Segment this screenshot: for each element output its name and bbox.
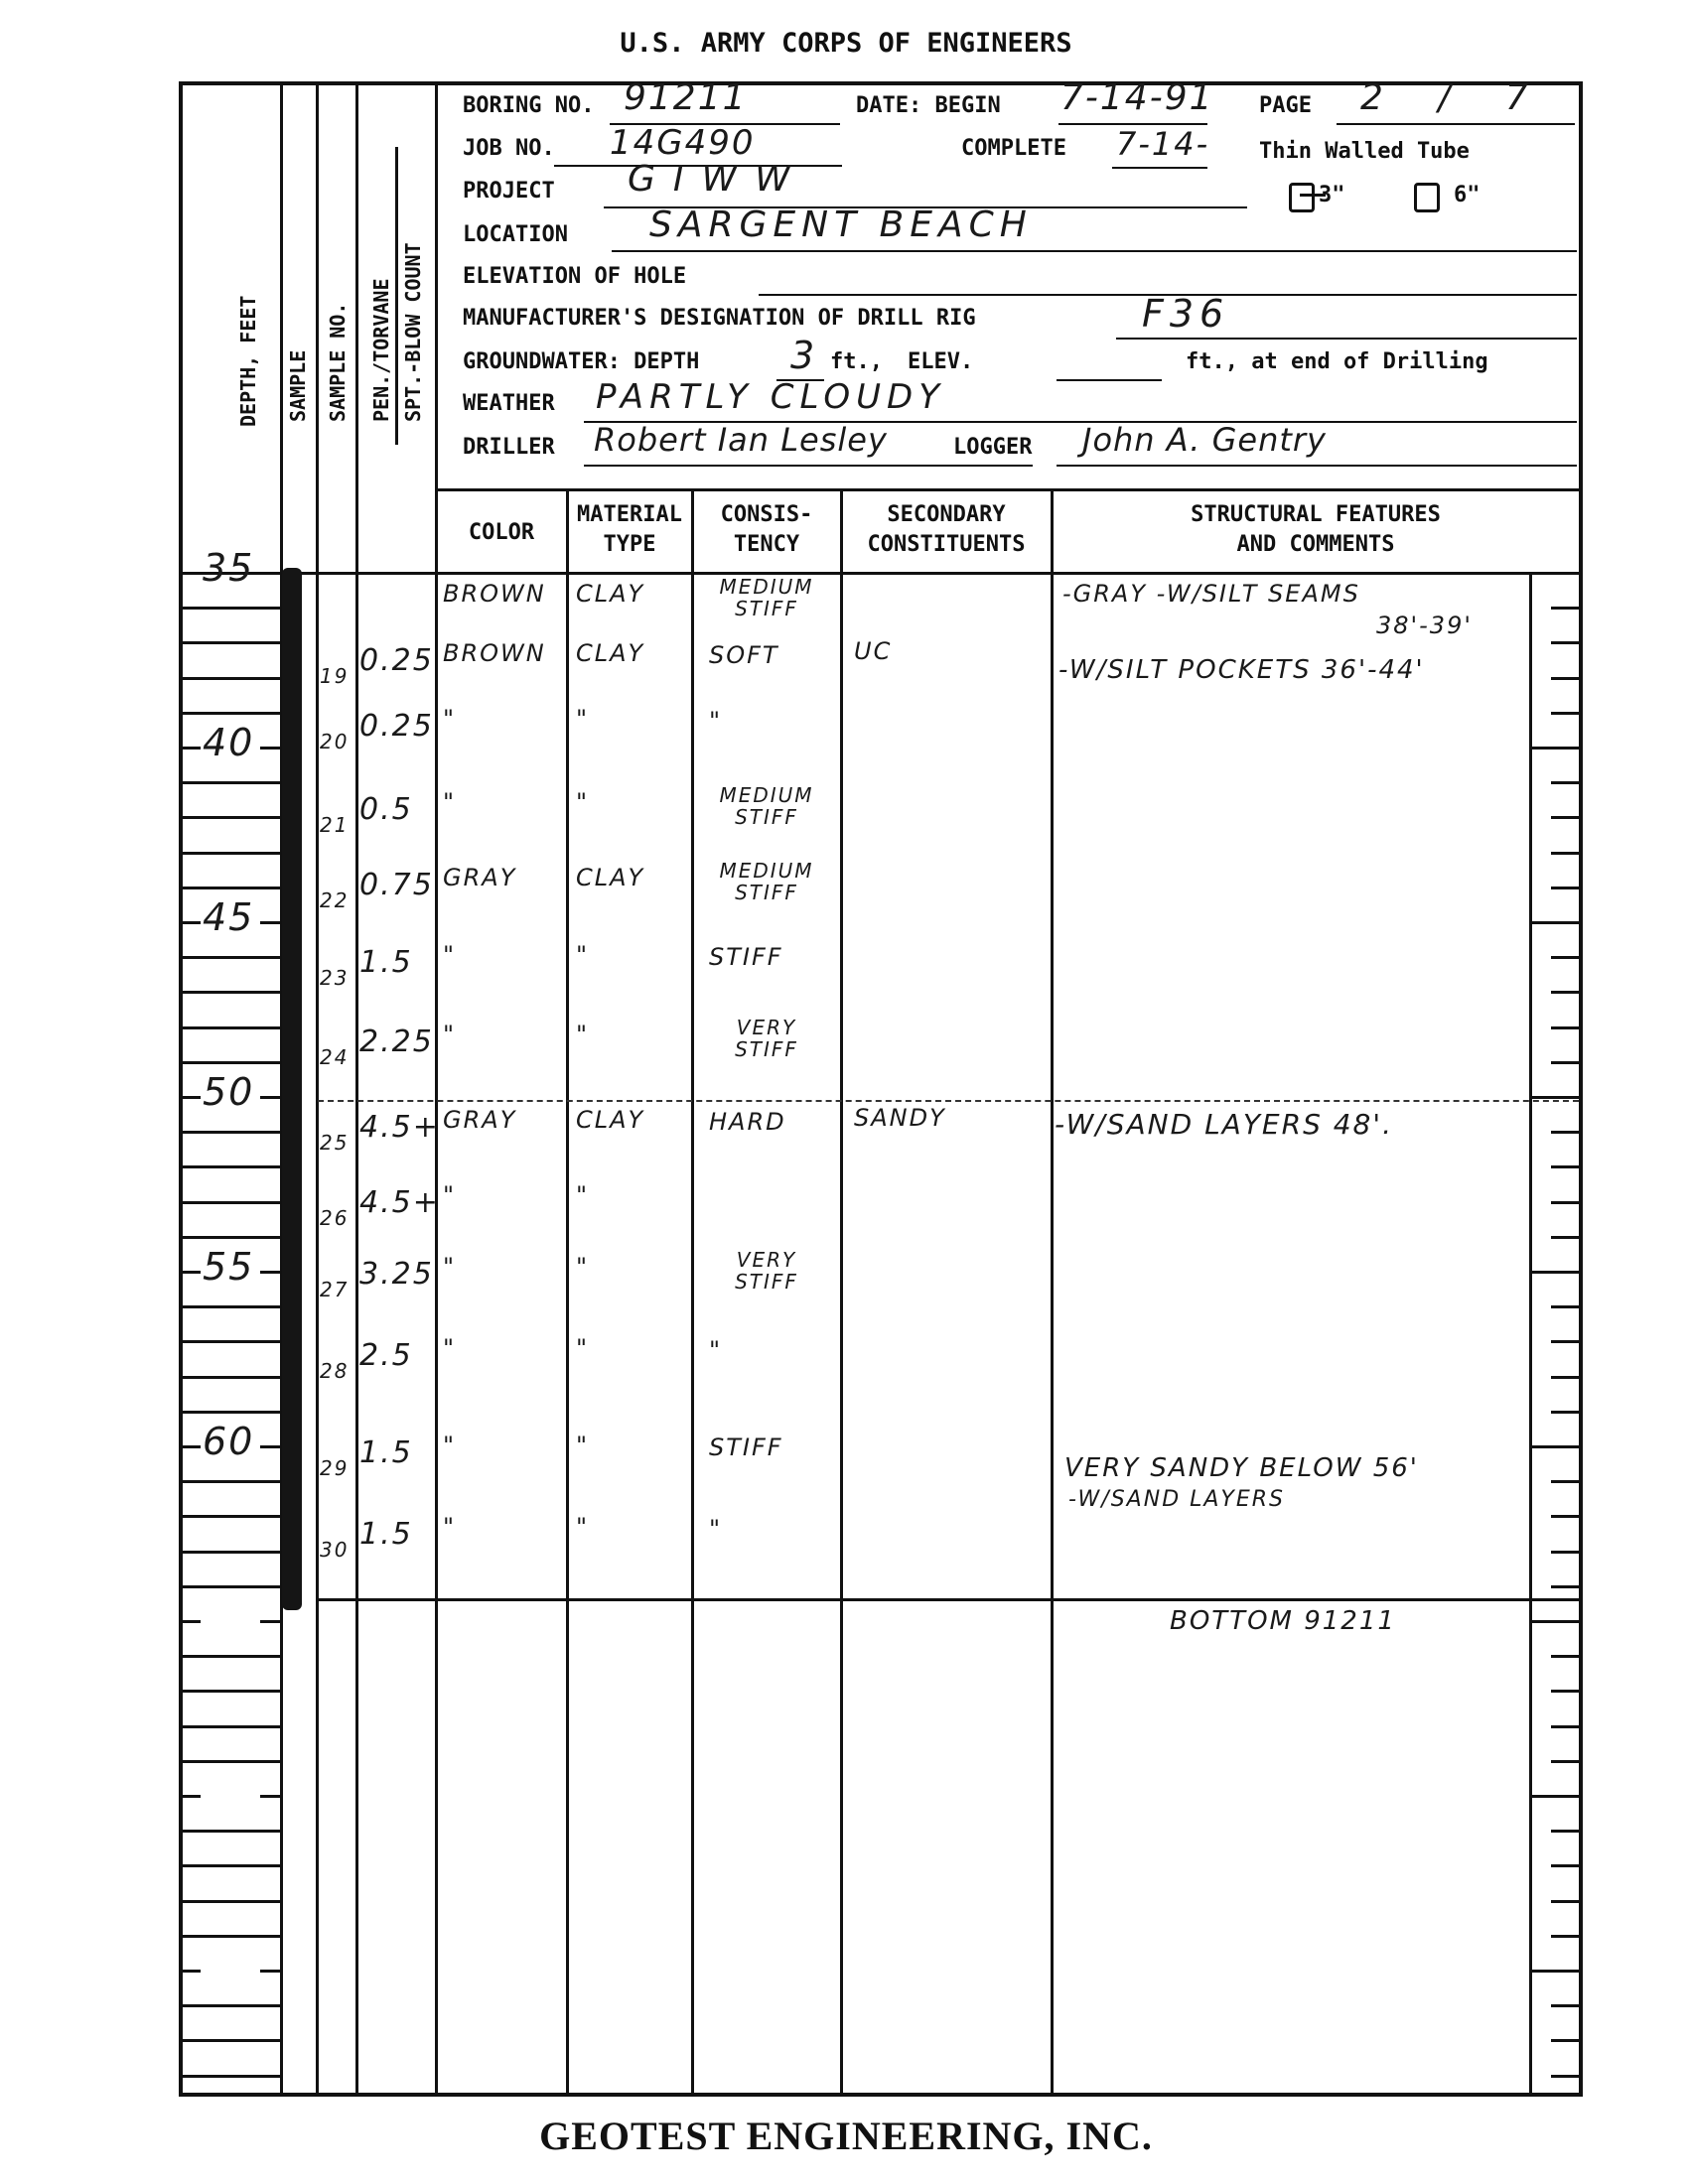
depth-gridline [183, 816, 280, 819]
consistency-cell: HARD [709, 1108, 786, 1136]
color-cell: " [443, 941, 456, 969]
pen-torvane-cell: 1.5 [359, 1435, 413, 1470]
pen-torvane-cell: 0.25 [359, 643, 434, 678]
depth-gridline [183, 1165, 280, 1168]
depth-gridline [183, 2039, 280, 2042]
boring-no-label: BORING NO. [463, 93, 594, 118]
color-cell: " [443, 1181, 456, 1209]
comment-very-sandy: VERY SANDY BELOW 56' [1064, 1453, 1419, 1483]
depth-tick [1529, 1445, 1581, 1448]
groundwater-depth-label: GROUNDWATER: DEPTH [463, 349, 699, 374]
depth-gridline [183, 1760, 280, 1763]
depth-gridline [183, 1131, 280, 1134]
depth-gridline [260, 1096, 280, 1099]
comment-gray-silt-seams: -GRAY -W/SILT SEAMS [1062, 580, 1360, 608]
depth-tick [1551, 1236, 1579, 1239]
depth-gridline [183, 1305, 280, 1308]
depth-tick [1551, 1026, 1579, 1029]
consistency-cell: STIFF [709, 1433, 783, 1461]
divider [355, 83, 358, 2095]
checkbox-icon[interactable] [1414, 183, 1440, 212]
sample-no-cell: 25 [320, 1132, 349, 1154]
color-cell: " [443, 1253, 456, 1281]
consistency-cell: " [709, 1336, 722, 1364]
material-line-2: TYPE [568, 530, 691, 560]
pen-torvane-header: PEN./TORVANE [369, 279, 393, 423]
groundwater-elev-label: ELEV. [908, 349, 973, 374]
depth-tick [1551, 1376, 1579, 1379]
depth-gridline [183, 1725, 280, 1728]
groundwater-depth-field[interactable]: 3 [790, 334, 816, 377]
consistency-line-2: TENCY [693, 530, 840, 560]
depth-gridline [183, 887, 280, 889]
material-type-cell: " [576, 941, 589, 969]
depth-tick [1551, 1830, 1579, 1833]
depth-gridline [183, 2075, 280, 2078]
consistency-cell: VERYSTIFF [707, 1017, 826, 1060]
color-cell: " [443, 1334, 456, 1362]
depth-tick [1551, 852, 1579, 855]
depth-gridline [183, 1376, 280, 1379]
checkbox-checked-icon[interactable] [1289, 183, 1315, 212]
depth-gridline [260, 1271, 280, 1274]
sample-no-cell: 27 [320, 1279, 349, 1300]
pen-torvane-cell: 0.5 [359, 792, 413, 827]
complete-field[interactable]: 7-14- [1116, 125, 1209, 163]
color-cell: " [443, 1432, 456, 1459]
column-header-consistency: CONSIS- TENCY [693, 500, 840, 560]
comment-sand-layers-48: -W/SAND LAYERS 48'. [1055, 1108, 1393, 1141]
consistency-cell: " [709, 1515, 722, 1543]
weather-field[interactable]: PARTLY CLOUDY [596, 377, 945, 417]
depth-feet-header: DEPTH, FEET [236, 296, 260, 427]
material-type-cell: " [576, 705, 589, 733]
depth-gridline [183, 1411, 280, 1414]
depth-gridline [183, 1061, 280, 1064]
structural-line-1: STRUCTURAL FEATURES [1053, 500, 1579, 530]
driller-field[interactable]: Robert Ian Lesley [594, 421, 888, 459]
thin-walled-tube-label: Thin Walled Tube [1259, 139, 1470, 164]
depth-tick [1551, 2075, 1579, 2078]
color-cell: " [443, 788, 456, 816]
depth-gridline [183, 1830, 280, 1833]
depth-gridline [183, 1864, 280, 1867]
complete-label: COMPLETE [961, 136, 1066, 161]
material-type-cell: " [576, 1334, 589, 1362]
sample-no-header: SAMPLE NO. [326, 303, 350, 422]
pen-torvane-cell: 4.5+ [359, 1185, 440, 1220]
divider [435, 83, 438, 2095]
consistency-cell: STIFF [709, 943, 783, 971]
consistency-cell: MEDIUMSTIFF [707, 860, 826, 903]
project-label: PROJECT [463, 179, 555, 204]
comment-bottom-of-boring: BOTTOM 91211 [1170, 1606, 1396, 1636]
consistency-cell: MEDIUMSTIFF [707, 784, 826, 828]
depth-tick [1551, 1165, 1579, 1168]
depth-gridline [183, 1096, 201, 1099]
tube-6in-label: 6" [1454, 183, 1480, 207]
depth-tick [1529, 1620, 1581, 1623]
depth-gridline [183, 712, 280, 715]
drill-rig-field[interactable]: F36 [1142, 292, 1229, 336]
depth-tick [1551, 1340, 1579, 1343]
material-type-cell: " [576, 788, 589, 816]
color-cell: BROWN [443, 580, 546, 608]
column-header-color: COLOR [437, 518, 566, 548]
material-type-cell: " [576, 1253, 589, 1281]
depth-gridline [183, 1236, 280, 1239]
depth-tick [1551, 641, 1579, 644]
sample-no-cell: 19 [320, 665, 349, 687]
depth-tick [1529, 921, 1581, 924]
sample-no-cell: 23 [320, 967, 349, 989]
depth-tick [1551, 1760, 1579, 1763]
spt-blow-count-header: SPT.-BLOW COUNT [401, 242, 425, 422]
comment-sand-layers: -W/SAND LAYERS [1068, 1487, 1285, 1512]
depth-gridline [183, 1585, 280, 1588]
boring-no-field[interactable]: 91211 [624, 77, 748, 118]
material-type-cell: " [576, 1021, 589, 1048]
sample-interval-bar [282, 568, 302, 1610]
depth-gridline [183, 1970, 201, 1973]
sample-no-cell: 24 [320, 1046, 349, 1068]
depth-tick [1551, 1935, 1579, 1938]
depth-gridline [183, 1201, 280, 1204]
depth-tick [1551, 607, 1579, 610]
pen-torvane-cell: 2.5 [359, 1338, 413, 1373]
depth-tick [1551, 1864, 1579, 1867]
column-header-material-type: MATERIAL TYPE [568, 500, 691, 560]
color-cell: " [443, 705, 456, 733]
depth-tick [1529, 1970, 1581, 1973]
sample-no-cell: 26 [320, 1207, 349, 1229]
depth-gridline [183, 1690, 280, 1693]
depth-gridline [183, 991, 280, 994]
sample-no-cell: 28 [320, 1360, 349, 1382]
depth-tick [1551, 1515, 1579, 1518]
secondary-constituents-cell: SANDY [854, 1104, 946, 1132]
depth-gridline [260, 747, 280, 750]
depth-tick [1551, 2039, 1579, 2042]
depth-tick [1551, 1725, 1579, 1728]
depth-gridline [183, 607, 280, 610]
job-no-label: JOB NO. [463, 136, 555, 161]
depth-gridline [183, 852, 280, 855]
depth-gridline [183, 641, 280, 644]
depth-tick [1551, 1305, 1579, 1308]
sample-no-cell: 22 [320, 889, 349, 911]
color-cell: GRAY [443, 864, 516, 891]
pen-torvane-cell: 0.75 [359, 868, 434, 902]
depth-gridline [183, 1551, 280, 1554]
divider [316, 83, 319, 2095]
pen-torvane-cell: 2.25 [359, 1024, 434, 1059]
depth-tick [1551, 816, 1579, 819]
depth-mark: 50 [203, 1070, 254, 1114]
depth-tick [1551, 1411, 1579, 1414]
sample-header: SAMPLE [286, 350, 310, 422]
depth-gridline [183, 2004, 280, 2007]
depth-tick [1551, 2004, 1579, 2007]
color-cell: BROWN [443, 639, 546, 667]
date-begin-label: DATE: BEGIN [856, 93, 1001, 118]
depth-tick [1529, 1096, 1581, 1099]
elevation-label: ELEVATION OF HOLE [463, 264, 686, 289]
depth-mark: 60 [203, 1420, 254, 1463]
depth-gridline [183, 921, 201, 924]
depth-tick [1551, 1690, 1579, 1693]
depth-gridline [260, 1620, 280, 1623]
depth-gridline [260, 1970, 280, 1973]
material-type-cell: CLAY [576, 580, 644, 608]
page-field[interactable]: 2 / 7 [1360, 77, 1550, 118]
groundwater-ft-label: ft., [830, 349, 883, 374]
project-field[interactable]: GIWW [628, 159, 808, 200]
depth-tick [1551, 956, 1579, 959]
column-header-structural-features: STRUCTURAL FEATURES AND COMMENTS [1053, 500, 1579, 560]
depth-tick [1551, 991, 1579, 994]
material-type-cell: CLAY [576, 864, 644, 891]
secondary-constituents-cell: UC [854, 637, 892, 665]
depth-gridline [183, 747, 201, 750]
depth-gridline [183, 956, 280, 959]
depth-gridline [260, 921, 280, 924]
material-type-cell: " [576, 1181, 589, 1209]
drill-rig-label: MANUFACTURER'S DESIGNATION OF DRILL RIG [463, 306, 976, 331]
depth-tick [1551, 1480, 1579, 1483]
pen-torvane-cell: 0.25 [359, 709, 434, 744]
secondary-line-2: CONSTITUENTS [842, 530, 1051, 560]
depth-tick [1551, 1655, 1579, 1658]
location-label: LOCATION [463, 222, 568, 247]
depth-tick [1551, 712, 1579, 715]
depth-gridline [183, 1271, 201, 1274]
depth-gridline [183, 1480, 280, 1483]
depth-tick [1529, 747, 1581, 750]
depth-gridline [183, 1445, 201, 1448]
pen-torvane-cell: 4.5+ [359, 1110, 440, 1145]
depth-gridline [183, 1026, 280, 1029]
depth-mark: 45 [203, 895, 254, 939]
depth-tick [1551, 781, 1579, 784]
depth-gridline [260, 572, 280, 575]
depth-gridline [183, 1515, 280, 1518]
depth-tick [1551, 887, 1579, 889]
material-type-cell: CLAY [576, 639, 644, 667]
date-begin-field[interactable]: 7-14-91 [1060, 77, 1214, 118]
material-type-cell: " [576, 1513, 589, 1541]
depth-gridline [183, 572, 201, 575]
job-no-field[interactable]: 14G490 [610, 123, 756, 163]
consistency-cell: SOFT [709, 641, 779, 669]
material-type-cell: CLAY [576, 1106, 644, 1134]
consistency-cell: MEDIUMSTIFF [707, 576, 826, 619]
depth-gridline [183, 1340, 280, 1343]
depth-gridline [183, 1900, 280, 1903]
sample-no-cell: 21 [320, 814, 349, 836]
company-footer: GEOTEST ENGINEERING, INC. [0, 2113, 1692, 2159]
pen-torvane-cell: 3.25 [359, 1257, 434, 1292]
agency-title: U.S. ARMY CORPS OF ENGINEERS [0, 28, 1692, 59]
depth-gridline [183, 1620, 201, 1623]
location-field[interactable]: SARGENT BEACH [649, 205, 1033, 245]
header-fraction-line [395, 147, 398, 445]
material-type-cell: " [576, 1432, 589, 1459]
stratum-boundary [318, 1100, 1579, 1102]
bottom-of-boring-line [318, 1598, 1579, 1601]
depth-tick [1551, 1201, 1579, 1204]
material-line-1: MATERIAL [568, 500, 691, 530]
depth-tick [1551, 1131, 1579, 1134]
depth-gridline [260, 1445, 280, 1448]
structural-line-2: AND COMMENTS [1053, 530, 1579, 560]
depth-gridline [183, 1935, 280, 1938]
consistency-cell: VERYSTIFF [707, 1249, 826, 1293]
depth-tick [1529, 1271, 1581, 1274]
sample-no-cell: 29 [320, 1457, 349, 1479]
sample-no-cell: 20 [320, 731, 349, 752]
depth-tick [1551, 677, 1579, 680]
depth-tick [1551, 1061, 1579, 1064]
driller-label: DRILLER [463, 435, 555, 460]
depth-gridline [183, 781, 280, 784]
comment-silt-seams-depth: 38'-39' [1376, 612, 1473, 639]
depth-mark: 40 [203, 721, 254, 764]
logger-field[interactable]: John A. Gentry [1082, 421, 1327, 459]
depth-gridline [183, 677, 280, 680]
groundwater-end-label: ft., at end of Drilling [1186, 349, 1488, 374]
pen-torvane-cell: 1.5 [359, 1517, 413, 1552]
depth-mark: 55 [203, 1245, 254, 1289]
tube-3in-option[interactable]: 3" [1289, 183, 1345, 212]
color-cell: GRAY [443, 1106, 516, 1134]
depth-tick [1551, 1900, 1579, 1903]
consistency-cell: " [709, 707, 722, 735]
depth-gridline [260, 1795, 280, 1798]
pen-torvane-cell: 1.5 [359, 945, 413, 980]
depth-tick [1551, 1551, 1579, 1554]
logger-label: LOGGER [953, 435, 1032, 460]
secondary-line-1: SECONDARY [842, 500, 1051, 530]
depth-tick [1529, 1795, 1581, 1798]
color-cell: " [443, 1513, 456, 1541]
page-label: PAGE [1259, 93, 1312, 118]
depth-gridline [183, 1655, 280, 1658]
weather-label: WEATHER [463, 391, 555, 416]
comment-silt-pockets: -W/SILT POCKETS 36'-44' [1058, 655, 1425, 685]
column-header-secondary-constituents: SECONDARY CONSTITUENTS [842, 500, 1051, 560]
tube-6in-option[interactable]: 6" [1414, 183, 1480, 212]
consistency-line-1: CONSIS- [693, 500, 840, 530]
depth-tick [1551, 1585, 1579, 1588]
color-cell: " [443, 1021, 456, 1048]
depth-mark: 35 [203, 546, 254, 590]
depth-gridline [183, 1795, 201, 1798]
sample-no-cell: 30 [320, 1539, 349, 1561]
